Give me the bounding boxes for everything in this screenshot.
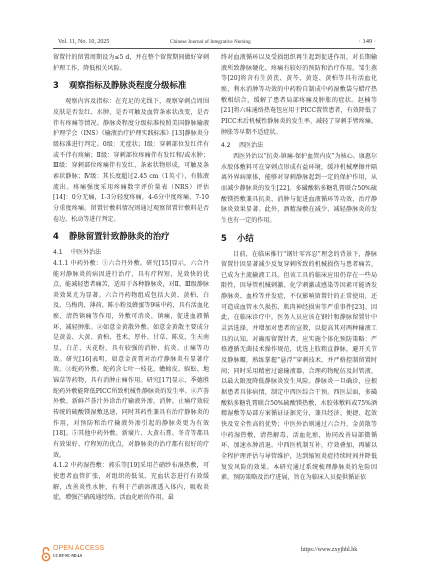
section-title: 观察指标及静脉炎程度分级标准 (69, 80, 186, 90)
paragraph-4-1-2: 4.1.2 中药湿热敷：郭乐等[19]采用芒硝纱布湿热敷，可使患者血管扩张，对组… (53, 461, 209, 504)
journal-url[interactable]: https://www.zxyjhhl.hk (301, 547, 357, 553)
right-column: 终对血液循环以及受损组织再生起到促进作用，对长期输液所致静脉硬化、疼痛有较好的预… (221, 53, 377, 484)
section-heading-5: 5小结 (221, 233, 377, 244)
section-title: 静脉留置针致静脉炎的治疗 (69, 231, 170, 241)
subsection-title: 中医外治法 (71, 249, 101, 256)
running-header: Vol. 11, No. 10, 2025 Chinese Journal of… (58, 37, 376, 48)
paragraph-continued: 终对血液循环以及受损组织再生起到促进作用，对长期输液所致静脉硬化、疼痛有较好的预… (221, 53, 377, 138)
paragraph-continued: 留置针的留置周期设为≤5 d，并在整个留置期间做好穿刺护理工作，降低相关风险。 (53, 53, 209, 74)
subsection-heading-4-2: 4.2西医治法 (221, 141, 377, 152)
paragraph-summary: 目前，在临床推行“钢针零容忍”理念的背景下，静脉留置针因显著减少反复穿刺所致的机… (221, 250, 377, 484)
header-divider (53, 48, 375, 49)
section-title: 小结 (237, 233, 254, 243)
section-heading-4: 4静脉留置针致静脉炎的治疗 (53, 231, 209, 242)
volume-info: Vol. 11, No. 10, 2025 (58, 39, 109, 45)
left-column: 留置针的留置周期设为≤5 d，并在整个留置期间做好穿刺护理工作，降低相关风险。 … (53, 53, 209, 504)
section-heading-3: 3观察指标及静脉炎程度分级标准 (53, 80, 209, 91)
subsection-heading-4-1: 4.1中医外治法 (53, 248, 209, 259)
section-number: 5 (221, 233, 237, 244)
paragraph-4-1-1: 4.1.1 中药外敷：①六合丹外敷。研究[15]显示，六合丹能对静脉炎的病因进行… (53, 259, 209, 461)
license-label: CC BY-NC-ND 4.0 (53, 554, 82, 558)
paragraph-western-medicine: 西医外治以“抗炎-镇痛-保护血管内皮”为核心。康惠尔水胶体敷料可在穿刺点形成有益… (221, 152, 377, 227)
subsection-number: 4.2 (221, 141, 239, 152)
paragraph-observation: 观察内容及指标：在充足的光线下，观察穿刺点周围皮肤是否发红、水肿，是否可触及血管… (53, 97, 209, 225)
open-access-label: OPEN ACCESS (53, 545, 104, 552)
open-lock-icon (41, 546, 51, 562)
section-number: 3 (53, 80, 69, 91)
section-number: 4 (53, 231, 69, 242)
journal-name: Chinese Journal of Integrative Nursing (170, 39, 251, 45)
subsection-title: 西医治法 (239, 142, 263, 149)
page-number: · 149 · (359, 38, 376, 45)
subsection-number: 4.1 (53, 248, 71, 259)
